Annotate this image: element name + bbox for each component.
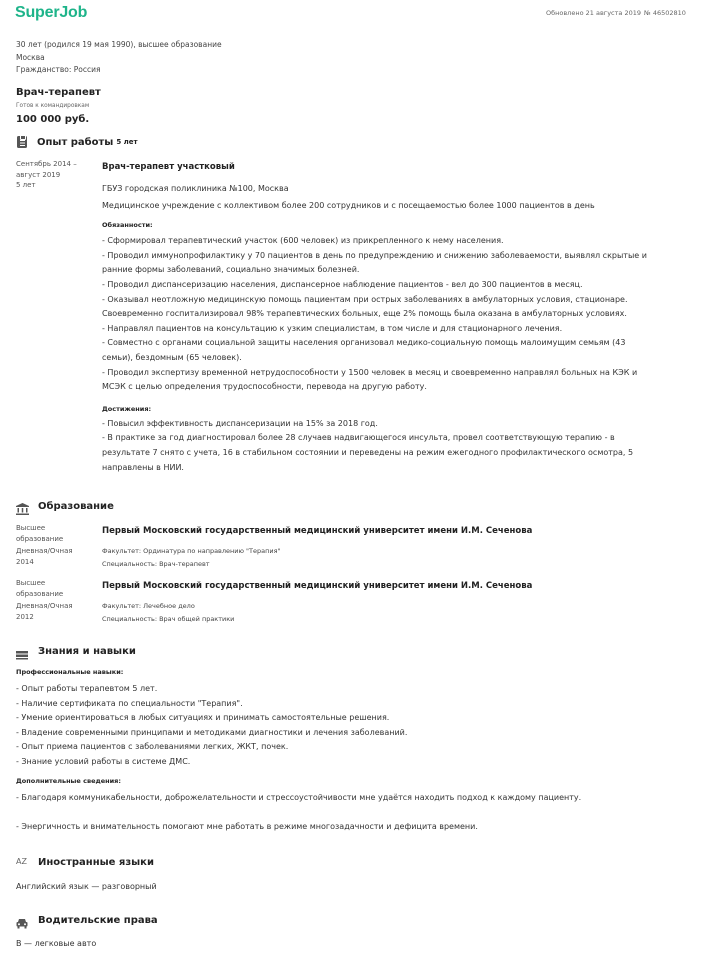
education-section-header: Образование [16,500,114,512]
duty-line: - Проводил диспансеризацию населения, ди… [102,278,702,293]
education-title: Образование [38,501,114,512]
achievements-list: - Повысил эффективность диспансеризации … [102,417,702,475]
duties-list: - Сформировал терапевтический участок (6… [102,234,702,395]
page-header: SuperJob Обновлено 21 августа 2019 № 465… [0,0,712,30]
skills-section-header: Знания и навыки [16,645,136,657]
achievement-line: направлены в НИИ. [102,461,702,476]
education-meta-1: Высшее образование Дневная/Очная 2014 [16,523,73,567]
achievement-line: - Повысил эффективность диспансеризации … [102,417,702,432]
duty-line: - Оказывал неотложную медицинскую помощь… [102,293,702,308]
list-icon [16,645,28,657]
city: Москва [16,52,222,65]
achievement-line: - В практике за год диагностировал более… [102,431,702,446]
skill-item: - Опыт работы терапевтом 5 лет. [16,682,706,697]
faculty: Факультет: Ординатура по направлению "Те… [102,545,702,558]
duty-line: - Сформировал терапевтический участок (6… [102,234,702,249]
period-start: Сентябрь 2014 – [16,159,77,170]
education-year: 2012 [16,612,73,623]
job-description: Медицинское учреждение с коллективом бол… [102,199,702,214]
education-year: 2014 [16,557,73,568]
updated-date: Обновлено 21 августа 2019 [546,9,641,17]
car-icon [16,914,28,926]
education-level: Высшее [16,578,73,589]
specialty: Специальность: Врач-терапевт [102,558,702,571]
faculty: Факультет: Лечебное дело [102,600,702,613]
education-level-cont: образование [16,534,73,545]
education-form: Дневная/Очная [16,601,73,612]
additional-item: - Энергичность и внимательность помогают… [16,820,706,835]
job-duration: 5 лет [16,180,77,191]
personal-info: 30 лет (родился 19 мая 1990), высшее обр… [16,39,222,77]
specialty: Специальность: Врач общей практики [102,613,702,626]
salary: 100 000 руб. [16,114,89,125]
skills-content: Профессиональные навыки: - Опыт работы т… [16,668,706,835]
job-title: Врач-терапевт участковый [102,162,702,172]
education-item-1: Первый Московский государственный медици… [102,526,702,570]
professional-skills-list: - Опыт работы терапевтом 5 лет.- Наличие… [16,682,706,770]
duty-line: - Совместно с органами социальной защиты… [102,336,702,351]
driving-item: B — легковые авто [16,937,96,952]
duties-label: Обязанности: [102,221,702,229]
citizenship: Гражданство: Россия [16,64,222,77]
additional-item: - Благодаря коммуникабельности, доброжел… [16,791,706,806]
university-icon [16,500,28,512]
duty-line: Своевременно госпитализировал 98% терапе… [102,307,702,322]
experience-total: 5 лет [116,138,137,146]
achievement-line: результате 7 снято с учета, 16 в стабиль… [102,446,702,461]
skill-item: - Знание условий работы в системе ДМС. [16,755,706,770]
education-item-2: Первый Московский государственный медици… [102,581,702,625]
education-level-cont: образование [16,589,73,600]
skills-title: Знания и навыки [38,646,136,657]
period-end: август 2019 [16,170,77,181]
experience-title: Опыт работы [37,137,113,148]
skill-item: - Опыт приема пациентов с заболеваниями … [16,740,706,755]
professional-skills-label: Профессиональные навыки: [16,668,706,676]
experience-section-header: Опыт работы 5 лет [16,136,138,148]
achievements-label: Достижения: [102,405,702,413]
position-title: Врач-терапевт [16,87,101,98]
translate-az-icon: AZ [16,856,30,868]
job-period: Сентябрь 2014 – август 2019 5 лет [16,159,77,191]
language-item: Английский язык — разговорный [16,880,157,895]
age-education: 30 лет (родился 19 мая 1990), высшее обр… [16,39,222,52]
education-level: Высшее [16,523,73,534]
business-trip-note: Готов к командировкам [16,103,89,109]
institution-name: Первый Московский государственный медици… [102,581,702,591]
driving-title: Водительские права [38,915,158,926]
resume-number: № 46502810 [644,9,686,17]
skill-item: - Владение современными принципами и мет… [16,726,706,741]
languages-title: Иностранные языки [38,857,154,868]
job-company: ГБУЗ городская поликлиника №100, Москва [102,182,702,197]
duty-line: - Проводил иммунопрофилактику у 70 пацие… [102,249,702,264]
additional-info-label: Дополнительные сведения: [16,777,706,785]
superjob-logo[interactable]: SuperJob [15,4,87,22]
clipboard-icon [17,136,27,148]
institution-name: Первый Московский государственный медици… [102,526,702,536]
duty-line: - Направлял пациентов на консультацию к … [102,322,702,337]
languages-section-header: AZ Иностранные языки [16,856,154,868]
duty-line: МСЭК с целью определения трудоспособност… [102,380,702,395]
skill-item: - Умение ориентироваться в любых ситуаци… [16,711,706,726]
driving-section-header: Водительские права [16,914,158,926]
duty-line: - Проводил экспертизу временной нетрудос… [102,366,702,381]
duty-line: ранние формы заболеваний, социально знач… [102,263,702,278]
education-meta-2: Высшее образование Дневная/Очная 2012 [16,578,73,622]
education-form: Дневная/Очная [16,546,73,557]
duty-line: семьи), бездомным (65 человек). [102,351,702,366]
skill-item: - Наличие сертификата по специальности "… [16,697,706,712]
job-details: Врач-терапевт участковый ГБУЗ городская … [102,162,702,475]
